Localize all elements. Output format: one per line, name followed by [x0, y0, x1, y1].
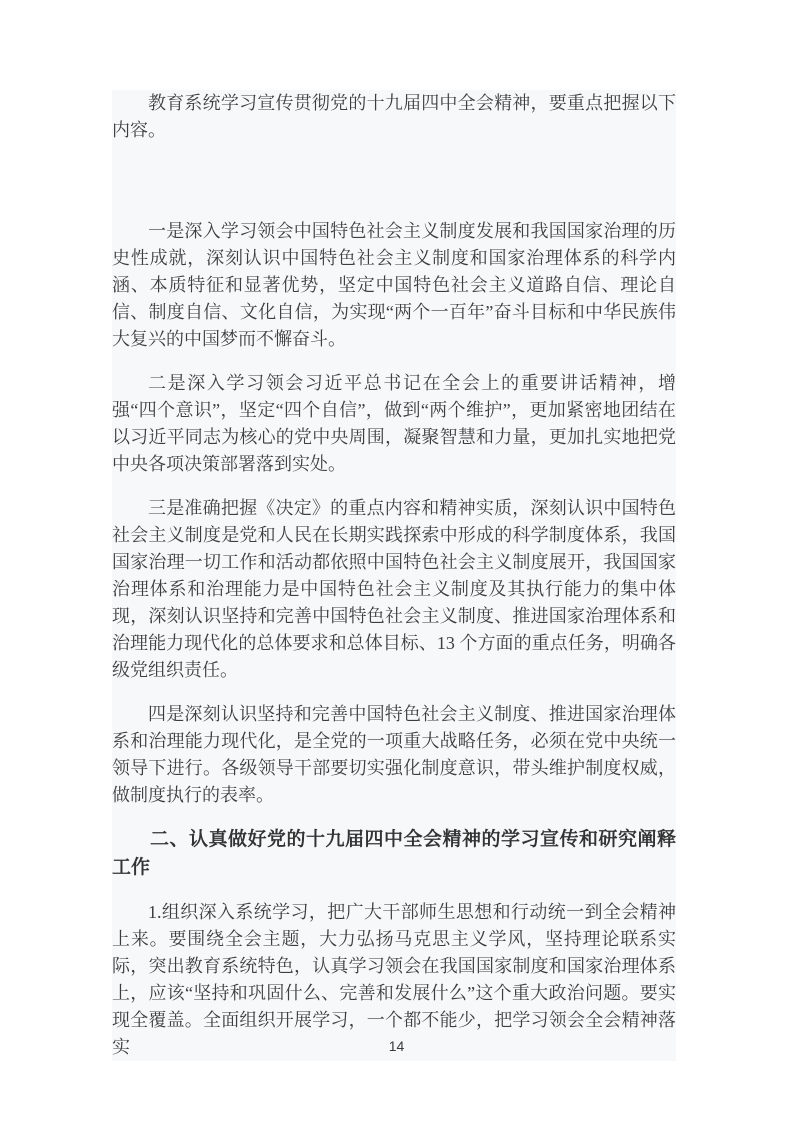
section-heading: 二、认真做好党的十九届四中全会精神的学习宣传和研究阐释工作	[112, 826, 676, 882]
document-page: 教育系统学习宣传贯彻党的十九届四中全会精神，要重点把握以下内容。 一是深入学习领…	[0, 0, 793, 1122]
page-number: 14	[0, 1038, 793, 1054]
document-body: 教育系统学习宣传贯彻党的十九届四中全会精神，要重点把握以下内容。 一是深入学习领…	[112, 90, 676, 1061]
intro-paragraph: 教育系统学习宣传贯彻党的十九届四中全会精神，要重点把握以下内容。	[112, 90, 676, 144]
body-paragraph-point-2: 二是深入学习领会习近平总书记在全会上的重要讲话精神，增强“四个意识”，坚定“四个…	[112, 370, 676, 478]
body-paragraph-point-4: 四是深刻认识坚持和完善中国特色社会主义制度、推进国家治理体系和治理能力现代化，是…	[112, 701, 676, 809]
body-paragraph-point-1: 一是深入学习领会中国特色社会主义制度发展和我国国家治理的历史性成就，深刻认识中国…	[112, 218, 676, 353]
body-paragraph-point-3: 三是准确把握《决定》的重点内容和精神实质，深刻认识中国特色社会主义制度是党和人民…	[112, 495, 676, 684]
section-paragraph: 1.组织深入系统学习，把广大干部师生思想和行动统一到全会精神上来。要围绕全会主题…	[112, 899, 676, 1061]
